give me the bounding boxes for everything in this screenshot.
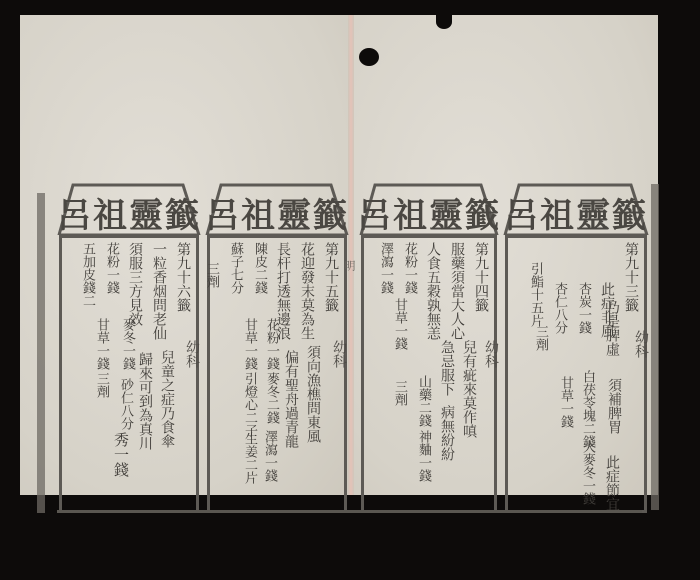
prescription-line: 山藥二錢 (414, 375, 432, 427)
prescription-line: 甘草一錢 (390, 298, 408, 350)
prescription-line: 甘草一錢 (556, 376, 574, 428)
spine-text: 明 (340, 260, 358, 271)
prescription-line: 澤瀉一錢 (260, 430, 278, 482)
panel-roof: 呂祖靈籤 (501, 183, 651, 235)
left-edge-bar (37, 193, 45, 513)
slip-number: 第九十三籤 (622, 242, 640, 504)
verse-line: 兒有疵來莫作嗔 (460, 340, 478, 438)
panel-roof: 呂祖靈籤 (203, 183, 351, 235)
verse-line: 偏有聖舟過青龍 (282, 350, 300, 448)
prescription-line: 三劑 (531, 325, 549, 351)
prescription-line: 澤瀉一錢 (376, 242, 394, 504)
verse-line: 急忌服下 (438, 340, 456, 396)
prescription-item: 五加皮錢二 (80, 242, 95, 307)
verse-line: 須向漁樵問東風 (304, 345, 322, 443)
verse-line: 兒童之症乃食傘 (158, 350, 176, 448)
prescription-line: 花粉一錢 (262, 318, 280, 370)
prescription-line: 甘草一錢 (92, 318, 110, 370)
prescription-line: 砂仁八分 (116, 378, 134, 430)
bottom-frame-rule (57, 510, 642, 513)
prescription-line: 三劑 (390, 380, 408, 406)
prescription-line: 引燈心二子 (240, 372, 258, 437)
prescription-line: 三劑 (202, 262, 220, 504)
prescription-line: 甘草一錢 (240, 318, 258, 370)
verse-line: 病無紛紛 (438, 405, 456, 461)
panel-title: 呂祖靈籤 (203, 188, 351, 237)
prescription-line: 神麯一錢 (414, 430, 432, 482)
panel-title: 呂祖靈籤 (501, 188, 651, 237)
slip-panel-93: 呂祖靈籤 第九十三籤 此症非風 杏炭一錢 杏仁八分 引鮨十五片 (501, 183, 651, 513)
prescription-line: 白茯苓塊二錢 (578, 370, 596, 448)
paper-damage-notch (436, 15, 452, 29)
prescription-line: 三劑 (92, 372, 110, 398)
prescription-line: 麥冬二錢 (262, 372, 280, 424)
prescription-line: 生姜二片 (240, 432, 258, 484)
slip-number: 第九十六籤 (174, 242, 192, 504)
prescription-line: 引鮨十五片 (526, 262, 544, 504)
right-edge-bar (651, 184, 659, 510)
category-label: 幼科 (482, 340, 500, 368)
prescription-line: 大麥冬一錢 (578, 440, 596, 505)
category-label: 幼科 (183, 340, 201, 368)
panel-roof: 呂祖靈籤 (357, 183, 501, 235)
panel-roof: 呂祖靈籤 (55, 183, 203, 235)
verse-line: 歸來可到為真川 (136, 352, 154, 450)
verse-line: 須補脾胃 (605, 378, 623, 434)
panel-frame: 第九十三籤 此症非風 杏炭一錢 杏仁八分 引鮨十五片 (505, 235, 647, 513)
prescription-line: 麥冬一錢 (118, 318, 136, 370)
prescription-line: 秀一錢 (112, 432, 130, 477)
category-label: 幼科 (632, 330, 650, 358)
verse-line: 乃是脾虛 (603, 300, 621, 356)
verse-line: 此症節宜 (603, 455, 621, 511)
prescription-item: 花粉一錢 (104, 242, 119, 294)
panel-title: 呂祖靈籤 (55, 188, 203, 237)
paper-damage-hole (359, 48, 379, 66)
panel-title: 呂祖靈籤 (357, 188, 501, 237)
slip-number: 第九十五籤 (322, 242, 340, 504)
category-label: 幼科 (330, 340, 348, 368)
